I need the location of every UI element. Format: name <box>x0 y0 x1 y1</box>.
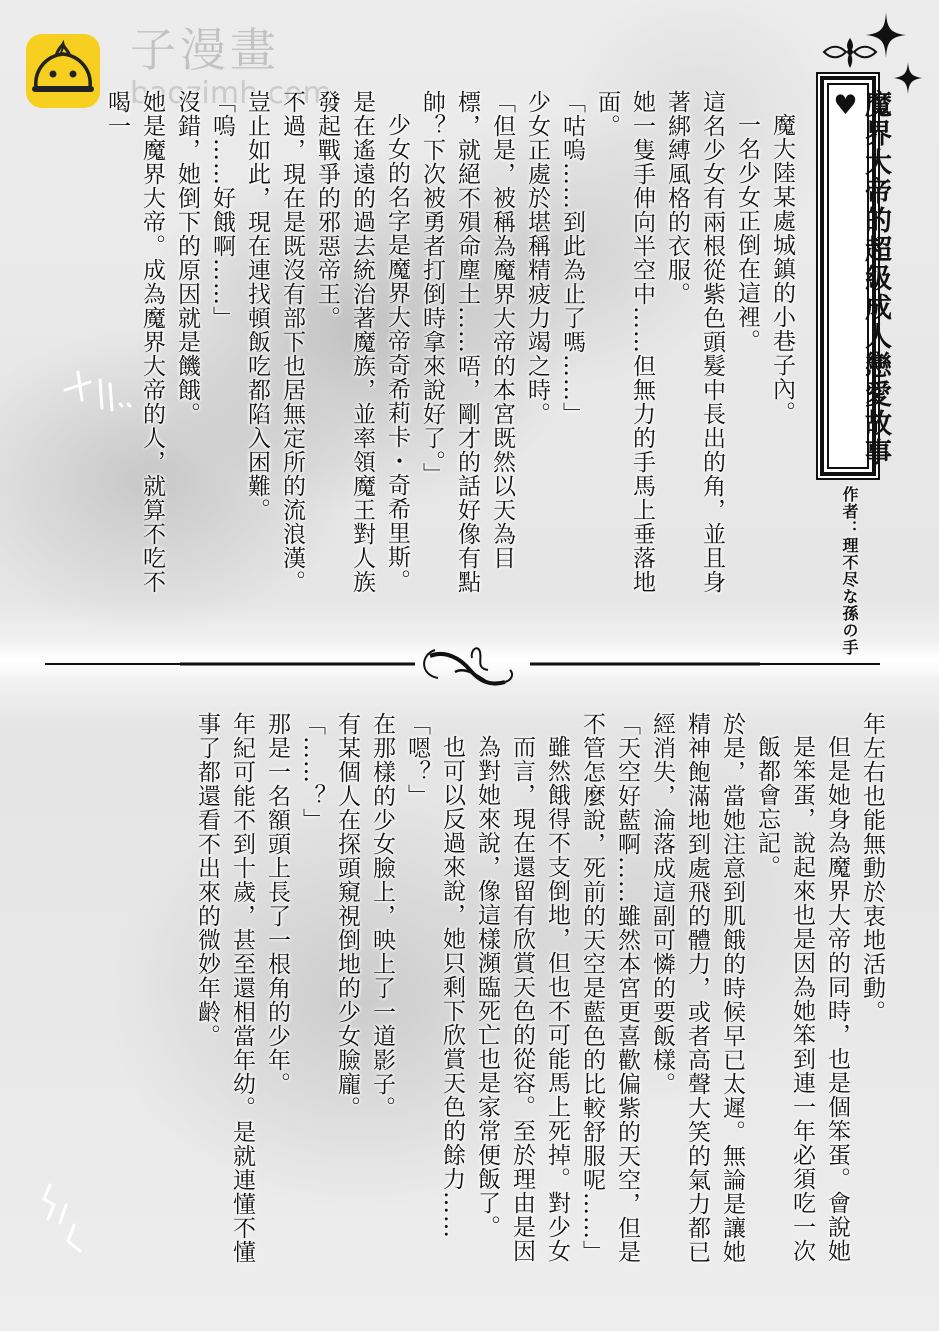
flourish-divider-icon <box>0 630 939 700</box>
paragraph: 豈止如此，現在連找頓飯吃都陷入困難。 <box>239 90 274 610</box>
paragraph: 於是，當她注意到肌餓的時候早已太遲。無論是讓她精神飽滿地到處飛的體力，或者高聲大… <box>644 712 749 1272</box>
paragraph: 沒錯，她倒下的原因就是饑餓。 <box>169 90 204 610</box>
author-label: 作者： <box>840 486 859 537</box>
paragraph: 「天空好藍啊……雖然本宮更喜歡偏紫的天空，但是不管怎麼說，死前的天空是藍色的比較… <box>574 712 644 1272</box>
sparkle-icon <box>894 62 922 94</box>
bottom-section-text: 年左右也能無動於衷地活動。 但是她身為魔界大帝的同時，也是個笨蛋。會說她是笨蛋，… <box>29 712 889 1272</box>
sound-effect-scribble-icon <box>40 1175 100 1255</box>
paragraph: 那是一名額頭上長了一根角的少年。 <box>259 712 294 1272</box>
paragraph: 「嗯？」 <box>399 712 434 1272</box>
sparkle-icon <box>866 12 906 58</box>
paragraph: 一名少女正倒在這裡。 <box>729 90 764 610</box>
paragraph: 但是她身為魔界大帝的同時，也是個笨蛋。會說她是笨蛋，說起來也是因為她笨到連一年必… <box>749 712 854 1272</box>
paragraph: 不過，現在是既沒有部下也居無定所的流浪漢。 <box>274 90 309 610</box>
title-frame: 魔界大帝的超級成人戀愛故事♥ <box>820 76 876 476</box>
paragraph: 少女的名字是魔界大帝奇希莉卡・奇希里斯。 <box>379 90 414 610</box>
paragraph: 魔大陸某處城鎮的小巷子內。 <box>764 90 799 610</box>
paragraph: 「咕嗚……到此為止了嗎……」 <box>554 90 589 610</box>
paragraph: 「……？」 <box>294 712 329 1272</box>
watermark-site-name: 子漫畫 <box>130 14 280 80</box>
page-title: 魔界大帝的超級成人戀愛故事♥ <box>830 90 890 472</box>
paragraph: 是在遙遠的過去統治著魔族，並率領魔王對人族發起戰爭的邪惡帝王。 <box>309 90 379 610</box>
paragraph: 少女正處於堪稱精疲力竭之時。 <box>519 90 554 610</box>
paragraph: 年紀可能不到十歲，甚至還相當年幼。是就連懂不懂事了都還看不出來的微妙年齡。 <box>189 712 259 1272</box>
paragraph: 「嗚……好餓啊……」 <box>204 90 239 610</box>
paragraph: 也可以反過來說，她只剩下欣賞天色的餘力…… <box>434 712 469 1272</box>
page-title-text: 魔界大帝的超級成人戀愛故事 <box>860 90 891 467</box>
sound-effect-scribble-icon <box>60 360 140 420</box>
paragraph: 有某個人在探頭窺視倒地的少女臉龐。 <box>329 712 364 1272</box>
paragraph: 這名少女有兩根從紫色頭髮中長出的角，並且身著綁縛風格的衣服。 <box>659 90 729 610</box>
paragraph: 在那樣的少女臉上，映上了一道影子。 <box>364 712 399 1272</box>
top-section-text: 魔大陸某處城鎮的小巷子內。 一名少女正倒在這裡。 這名少女有兩根從紫色頭髮中長出… <box>59 90 799 610</box>
paragraph: 她是魔界大帝。成為魔界大帝的人，就算不吃不喝一 <box>99 90 169 610</box>
paragraph: 她一隻手伸向半空中……但無力的手馬上垂落地面。 <box>589 90 659 610</box>
paragraph: 年左右也能無動於衷地活動。 <box>854 712 889 1272</box>
paragraph: 雖然餓得不支倒地，但也不可能馬上死掉。對少女而言，現在還留有欣賞天色的從容。至於… <box>469 712 574 1272</box>
paragraph: 「但是，被稱為魔界大帝的本宮既然以天為目標，就絕不殞命塵土……唔，剛才的話好像有… <box>414 90 519 610</box>
heart-icon: ♥ <box>830 90 861 123</box>
